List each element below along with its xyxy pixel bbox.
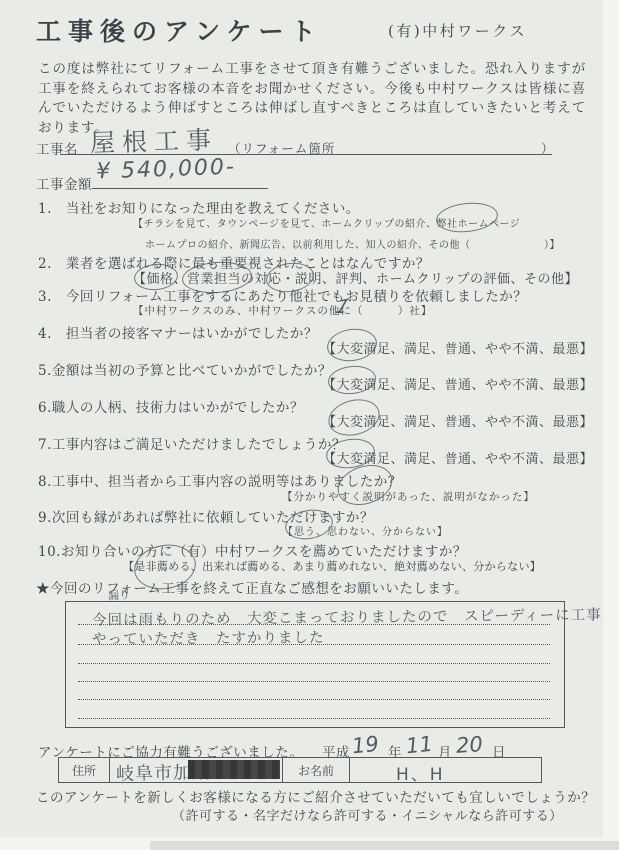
name-value-handwritten: H、H [396, 760, 445, 785]
feedback-prompt: ★今回のリフォーム工事を終えて正直なご感想をお願いいたします。 [36, 577, 468, 597]
address-label-cell: 住所 [59, 758, 110, 782]
question-1: 1. 当社をお知りになった理由を教えてください。 [38, 197, 360, 217]
redaction-box [188, 760, 280, 779]
address-value-cell: 岐阜市加納 [110, 758, 283, 782]
q4-answer-circle [325, 326, 379, 365]
scan-margin-right [603, 0, 619, 850]
name-label: お名前 [298, 762, 334, 779]
question-7: 7.工事内容はご満足いただけましたでしょうか？ [38, 433, 346, 453]
feedback-box: 今回は雨もりのため 大変こまっておりましたので スピーディーに工事を やっていた… [65, 601, 565, 728]
scan-shadow-band [150, 841, 619, 850]
date-day-handwritten: 20 [455, 732, 483, 758]
question-8-options: 【分かりやすく説明があった、説明がなかった】 [282, 489, 535, 504]
amount-underline [92, 172, 268, 189]
feedback-text-line1: 今回は雨もりのため 大変こまっておりましたので スピーディーに工事を [92, 603, 603, 629]
address-label: 住所 [72, 762, 96, 779]
consent-options: （許可する・名字だけなら許可する・イニシャルなら許可する） [172, 805, 563, 824]
question-4: 4. 担当者の接客マナーはいかがでしたか？ [38, 322, 318, 342]
consent-question: このアンケートを新しくお客様になる方にご紹介させていただいても宜しいでしょうか？ [36, 786, 595, 806]
feedback-ruled-line [78, 665, 550, 682]
page-title: 工事後のアンケート [36, 12, 323, 48]
question-1-options-line2: ホームプロの紹介、新聞広告、以前利用した、知人の紹介、その他（ ）】 [145, 236, 560, 251]
date-month-handwritten: 11 [405, 732, 434, 759]
feedback-text-line2: やっていただき たすかりました [92, 626, 325, 649]
question-5: 5.金額は当初の予算と比べていかがでしたか？ [38, 359, 332, 379]
name-value-cell: H、H [350, 758, 541, 782]
question-3-options: 【中村ワークスのみ、中村ワークスの他に（ ）社】 [133, 303, 432, 318]
date-year-handwritten: 19 [351, 732, 380, 759]
work-name-underline [60, 138, 552, 155]
feedback-ruled-line [78, 647, 550, 664]
scanned-survey-page: 工事後のアンケート (有)中村ワークス この度は弊社にてリフォーム工事をさせて頂… [0, 0, 603, 837]
question-10: 10.お知り合いの方に（有）中村ワークスを薦めていただけますか？ [38, 540, 467, 560]
amount-label: 工事金額 [36, 173, 92, 193]
feedback-ruled-line [78, 683, 550, 700]
name-label-cell: お名前 [283, 758, 350, 782]
question-6: 6.職人の人柄、技術力はいかがでしたか？ [38, 396, 304, 416]
address-name-table: 住所 岐阜市加納 お名前 H、H [58, 757, 542, 783]
company-name: (有)中村ワークス [388, 20, 527, 41]
question-3: 3. 今回リフォーム工事をするにあたり他社でもお見積りを依頼しましたか？ [38, 285, 527, 305]
feedback-ruled-line [78, 702, 550, 719]
